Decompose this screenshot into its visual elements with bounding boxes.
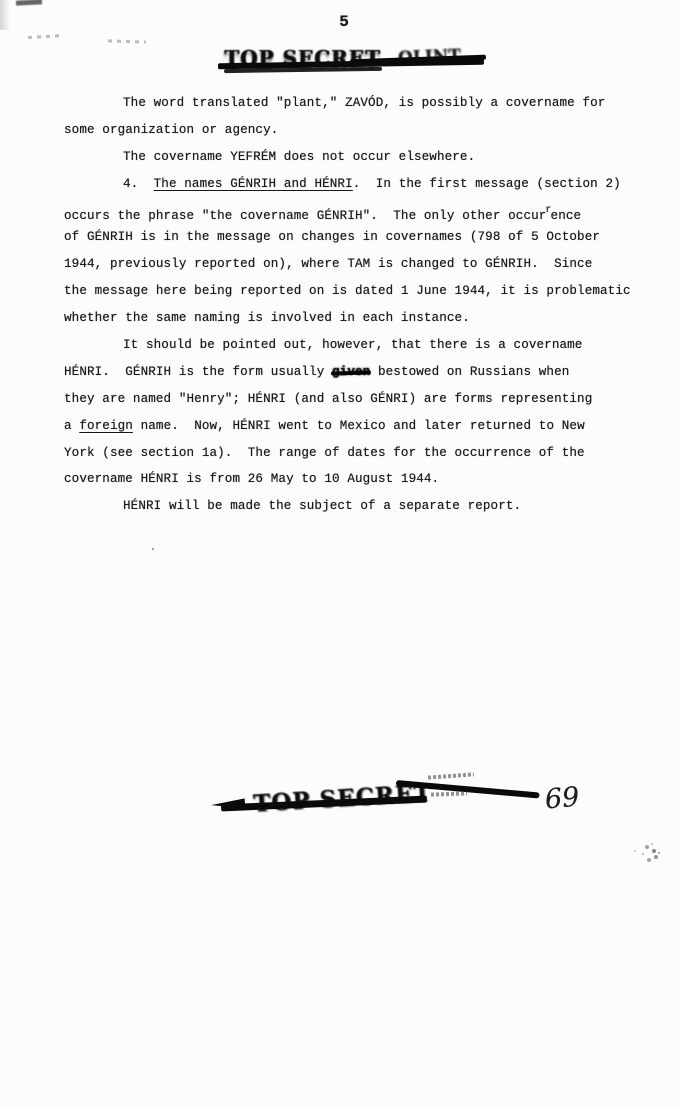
scan-artifact-edge: [0, 0, 10, 30]
text-line: whether the same naming is involved in e…: [64, 307, 639, 334]
text-line: The covername YEFRÉM does not occur else…: [64, 146, 639, 173]
text-segment: covername HÉNRI is from 26 May to 10 Aug…: [64, 472, 439, 486]
text-segment: bestowed on Russians when: [370, 365, 569, 379]
text-segment: ence: [551, 209, 582, 223]
text-segment: It should be pointed out, however, that …: [123, 338, 582, 352]
strike-line: [224, 67, 382, 73]
text-segment: they are named "Henry"; HÉNRI (and also …: [64, 392, 592, 406]
text-segment: York (see section 1a). The range of date…: [64, 446, 585, 460]
text-segment: name. Now, HÉNRI went to Mexico and late…: [133, 419, 585, 433]
top-secret-stamp-top: TOP SECRET OLINT: [222, 46, 480, 80]
text-line: The word translated "plant," ZAVÓD, is p…: [64, 92, 639, 119]
text-segment: HÉNRI will be made the subject of a sepa…: [123, 499, 521, 513]
text-segment: The word translated "plant," ZAVÓD, is p…: [123, 96, 605, 110]
text-line: 4. The names GÉNRIH and HÉNRI. In the fi…: [64, 173, 639, 200]
document-page: 5 TOP SECRET OLINT The word translated "…: [0, 0, 680, 1110]
text-segment: The covername YEFRÉM does not occur else…: [123, 150, 475, 164]
text-line: HÉNRI will be made the subject of a sepa…: [64, 495, 639, 522]
text-line: It should be pointed out, however, that …: [64, 334, 639, 361]
text-line: covername HÉNRI is from 26 May to 10 Aug…: [64, 468, 639, 495]
text-segment: foreign: [79, 419, 133, 433]
scan-dot: [152, 548, 154, 550]
text-line: the message here being reported on is da…: [64, 280, 639, 307]
text-segment: . In the first message (section 2): [353, 177, 621, 191]
obliterated-codeword-mark: [428, 772, 474, 779]
text-segment: HÉNRI. GÉNRIH is the form usually: [64, 365, 332, 379]
text-segment: the message here being reported on is da…: [64, 284, 631, 298]
text-line: of GÉNRIH is in the message on changes i…: [64, 226, 639, 253]
scan-speckles: [620, 840, 622, 842]
text-line: some organization or agency.: [64, 119, 639, 146]
text-segment: The names GÉNRIH and HÉNRI: [154, 177, 353, 191]
text-segment: 1944, previously reported on), where TAM…: [64, 257, 592, 271]
text-line: York (see section 1a). The range of date…: [64, 442, 639, 469]
text-line: they are named "Henry"; HÉNRI (and also …: [64, 388, 639, 415]
text-segment: 4.: [123, 177, 154, 191]
text-line: 1944, previously reported on), where TAM…: [64, 253, 639, 280]
text-segment: of GÉNRIH is in the message on changes i…: [64, 230, 600, 244]
text-segment: a: [64, 419, 79, 433]
document-body: The word translated "plant," ZAVÓD, is p…: [64, 92, 639, 522]
text-line: occurs the phrase "the covername GÉNRIH"…: [64, 200, 639, 227]
page-number: 5: [324, 13, 364, 31]
pencil-mark: [108, 39, 146, 43]
scan-artifact-corner: [16, 0, 42, 6]
handwritten-page-number: 69: [544, 782, 581, 816]
text-segment: some organization or agency.: [64, 123, 278, 137]
top-secret-stamp-bottom: TOP SECRET: [243, 782, 553, 822]
text-line: HÉNRI. GÉNRIH is the form usually given …: [64, 361, 639, 388]
text-segment: given: [332, 361, 370, 383]
text-segment: whether the same naming is involved in e…: [64, 311, 470, 325]
text-line: a foreign name. Now, HÉNRI went to Mexic…: [64, 415, 639, 442]
text-segment: occurs the phrase "the covername GÉNRIH"…: [64, 209, 546, 223]
pencil-mark: [28, 34, 64, 39]
